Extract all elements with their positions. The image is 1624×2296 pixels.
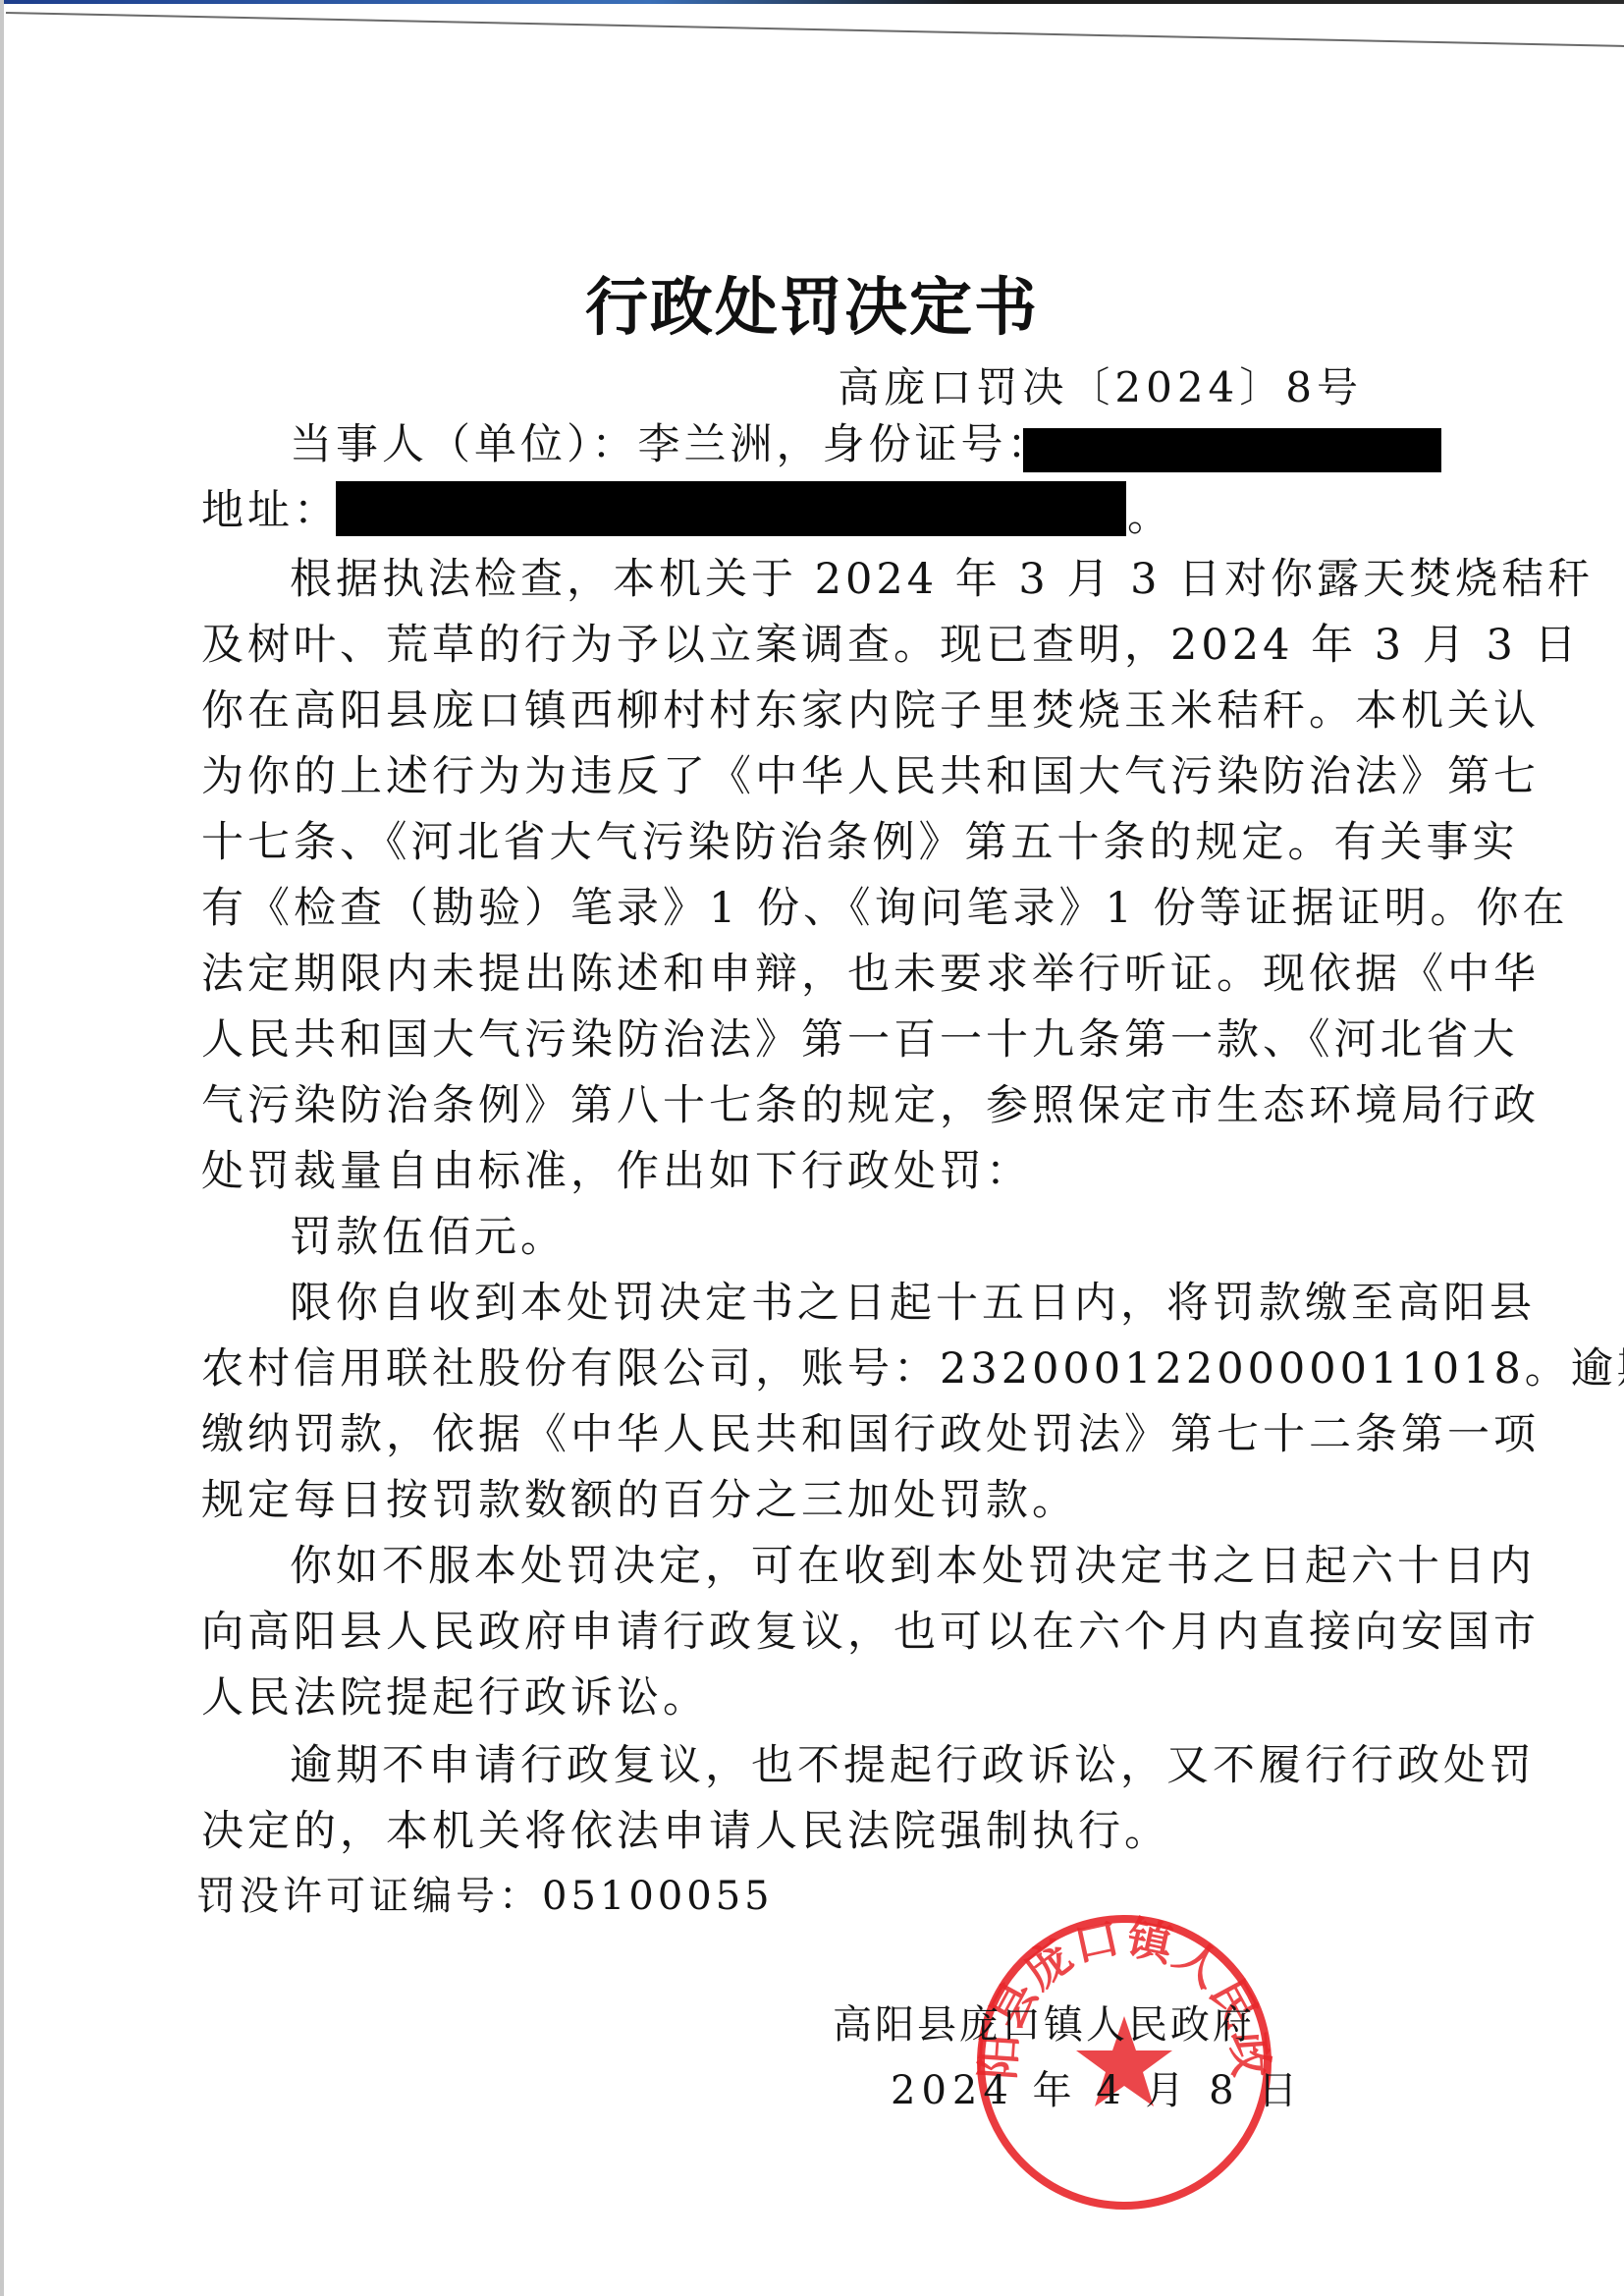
issuing-authority: 高阳县庞口镇人民政府 — [833, 1994, 1255, 2050]
body-line: 缴纳罚款，依据《中华人民共和国行政处罚法》第七十二条第一项 — [201, 1407, 1468, 1462]
document-number: 高庞口罚决〔2024〕8号 — [838, 355, 1363, 414]
body-line: 向高阳县人民政府申请行政复议，也可以在六个月内直接向安国市 — [201, 1605, 1468, 1660]
body-line: 人民共和国大气污染防治法》第一百一十九条第一款、《河北省大 — [201, 1012, 1468, 1067]
body-line: 为你的上述行为为违反了《中华人民共和国大气污染防治法》第七 — [201, 749, 1468, 804]
body-line: 决定的，本机关将依法申请人民法院强制执行。 — [201, 1804, 1468, 1859]
document-title: 行政处罚决定书 — [0, 257, 1624, 348]
body-line: 逾期不申请行政复议，也不提起行政诉讼，又不履行行政处罚 — [290, 1738, 1556, 1793]
scan-edge-top — [0, 0, 1624, 4]
body-line: 根据执法检查，本机关于 2024 年 3 月 3 日对你露天焚烧秸秆 — [290, 552, 1556, 607]
address-end: 。 — [1127, 489, 1624, 544]
body-line: 规定每日按罚款数额的百分之三加处罚款。 — [201, 1473, 1468, 1528]
redacted-address — [336, 481, 1126, 536]
body-line: 限你自收到本处罚决定书之日起十五日内，将罚款缴至高阳县 — [290, 1276, 1556, 1331]
issue-date: 2024 年 4 月 8 日 — [891, 2059, 1303, 2115]
scan-artifact-line — [6, 12, 1624, 47]
body-line: 人民法院提起行政诉讼。 — [201, 1670, 1468, 1725]
license-number: 罚没许可证编号：05100055 — [196, 1869, 1463, 1924]
body-line: 处罚裁量自由标准，作出如下行政处罚： — [201, 1144, 1468, 1199]
body-line: 你在高阳县庞口镇西柳村村东家内院子里焚烧玉米秸秆。本机关认 — [201, 683, 1468, 738]
redacted-id-number — [1023, 428, 1441, 472]
body-line: 及树叶、荒草的行为予以立案调查。现已查明，2024 年 3 月 3 日 — [201, 618, 1468, 673]
body-line: 气污染防治条例》第八十七条的规定，参照保定市生态环境局行政 — [201, 1078, 1468, 1133]
body-line: 有《检查（勘验）笔录》1 份、《询问笔录》1 份等证据证明。你在 — [201, 881, 1468, 936]
body-line: 你如不服本处罚决定，可在收到本处罚决定书之日起六十日内 — [290, 1539, 1556, 1594]
body-line: 法定期限内未提出陈述和申辩，也未要求举行听证。现依据《中华 — [201, 947, 1468, 1002]
penalty-line: 罚款伍佰元。 — [290, 1210, 1556, 1265]
body-line: 十七条、《河北省大气污染防治条例》第五十条的规定。有关事实 — [201, 815, 1468, 870]
body-line: 农村信用联社股份有限公司，账号：2320001220000011018。逾期不 — [201, 1341, 1468, 1396]
